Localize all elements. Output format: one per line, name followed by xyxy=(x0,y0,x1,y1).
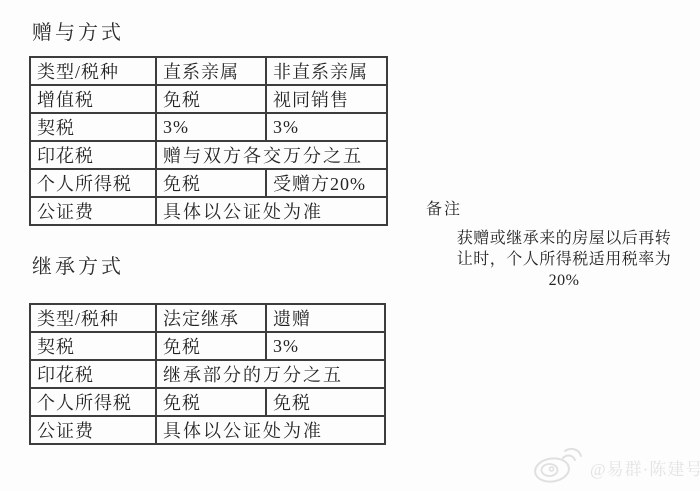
table-cell: 受赠方20% xyxy=(266,169,387,197)
table-cell: 个人所得税 xyxy=(30,169,156,197)
table-cell: 视同销售 xyxy=(266,85,387,113)
table-row: 契税 免税 3% xyxy=(30,332,385,360)
table-header-cell: 类型/税种 xyxy=(30,304,156,332)
table-cell: 免税 xyxy=(156,85,266,113)
table-header-cell: 直系亲属 xyxy=(156,57,266,85)
table-header-row: 类型/税种 直系亲属 非直系亲属 xyxy=(30,57,387,85)
watermark: @易群·陈建号 xyxy=(531,444,700,491)
table-header-row: 类型/税种 法定继承 遗赠 xyxy=(30,304,385,332)
watermark-text: @易群·陈建号 xyxy=(590,455,700,480)
table-row: 契税 3% 3% xyxy=(30,113,387,141)
table-header-cell: 法定继承 xyxy=(156,304,266,332)
table-cell-merged: 具体以公证处为准 xyxy=(156,416,385,444)
remark-line: 让时，个人所得税适用税率为 xyxy=(447,249,681,270)
table-header-cell: 类型/税种 xyxy=(30,57,156,85)
table-cell: 个人所得税 xyxy=(30,388,156,416)
table-cell: 3% xyxy=(266,113,387,141)
table-row: 印花税 继承部分的万分之五 xyxy=(30,360,385,388)
table-cell: 3% xyxy=(266,332,385,360)
table-cell: 印花税 xyxy=(30,141,156,169)
page: 赠与方式 类型/税种 直系亲属 非直系亲属 增值税 免税 视同销售 契税 3% … xyxy=(0,0,700,491)
table-cell: 公证费 xyxy=(30,197,156,225)
table-cell: 公证费 xyxy=(30,416,156,444)
table-cell: 增值税 xyxy=(30,85,156,113)
remark-line: 20% xyxy=(447,270,681,291)
remark-label: 备注 xyxy=(426,196,462,219)
remark-line: 获赠或继承来的房屋以后再转 xyxy=(447,228,681,249)
table-row: 个人所得税 免税 免税 xyxy=(30,388,385,416)
weibo-icon xyxy=(531,444,583,491)
table-row: 印花税 赠与双方各交万分之五 xyxy=(30,141,387,169)
table-row: 公证费 具体以公证处为准 xyxy=(30,197,387,225)
table-header-cell: 遗赠 xyxy=(266,304,385,332)
table-cell: 免税 xyxy=(156,388,266,416)
gift-section-title: 赠与方式 xyxy=(32,16,124,45)
table-cell-merged: 继承部分的万分之五 xyxy=(156,360,385,388)
table-cell: 免税 xyxy=(156,332,266,360)
table-cell-merged: 具体以公证处为准 xyxy=(156,197,387,225)
table-cell: 契税 xyxy=(30,113,156,141)
inherit-tax-table: 类型/税种 法定继承 遗赠 契税 免税 3% 印花税 继承部分的万分之五 个人所… xyxy=(29,303,386,445)
table-header-cell: 非直系亲属 xyxy=(266,57,387,85)
remark-note: 获赠或继承来的房屋以后再转 让时，个人所得税适用税率为 20% xyxy=(447,228,681,291)
table-row: 增值税 免税 视同销售 xyxy=(30,85,387,113)
table-cell: 印花税 xyxy=(30,360,156,388)
table-row: 个人所得税 免税 受赠方20% xyxy=(30,169,387,197)
table-cell: 免税 xyxy=(156,169,266,197)
table-cell: 免税 xyxy=(266,388,385,416)
table-cell: 契税 xyxy=(30,332,156,360)
inherit-section-title: 继承方式 xyxy=(32,250,124,279)
gift-tax-table: 类型/税种 直系亲属 非直系亲属 增值税 免税 视同销售 契税 3% 3% 印花… xyxy=(29,56,388,226)
table-cell: 3% xyxy=(156,113,266,141)
table-cell-merged: 赠与双方各交万分之五 xyxy=(156,141,387,169)
table-row: 公证费 具体以公证处为准 xyxy=(30,416,385,444)
